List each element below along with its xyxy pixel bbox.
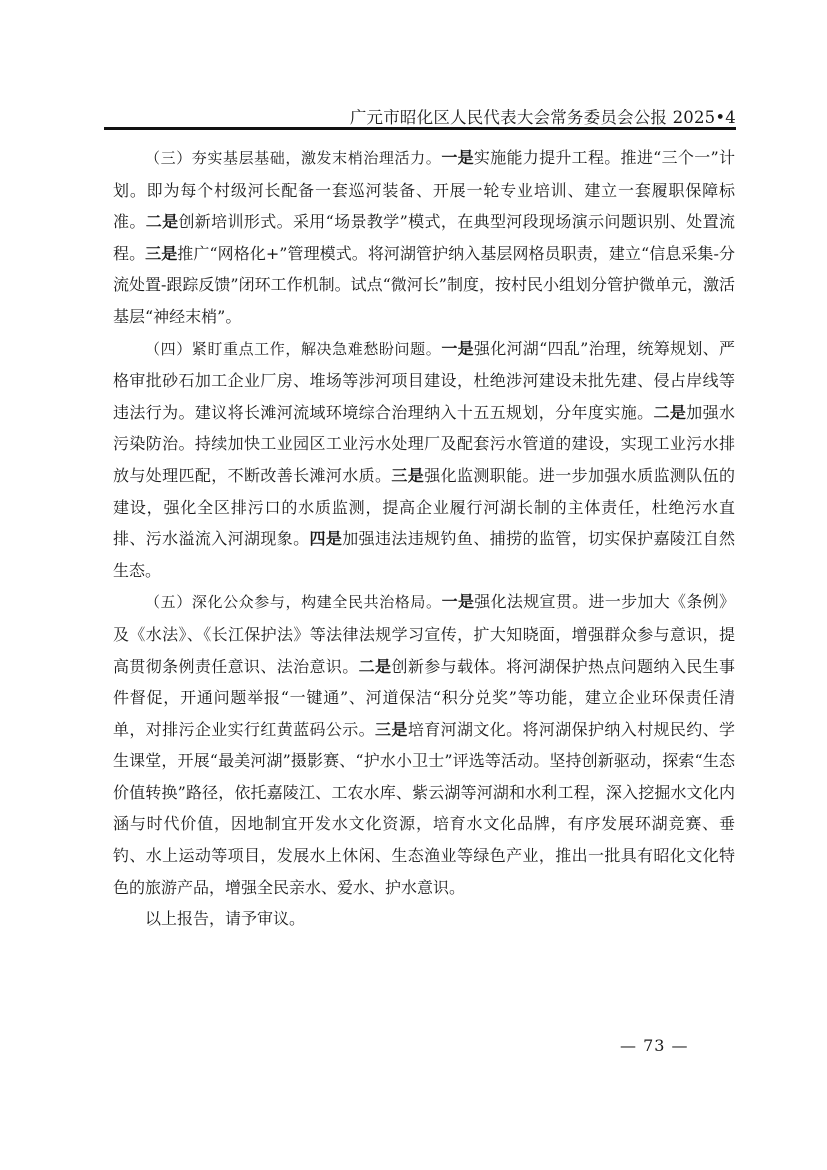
paragraph-text: 培育河湖文化。将河湖保护纳入村规民约、学生课堂，开展“最美河湖”摄影赛、“护水小…: [113, 720, 735, 897]
page-number: — 73 —: [620, 1036, 689, 1055]
paragraph-section-4: （四）紧盯重点工作，解决急难愁盼问题。一是强化河湖“四乱”治理，统筹规划、严格审…: [113, 333, 735, 587]
ordinal-marker: 一是: [442, 592, 475, 611]
ordinal-marker: 一是: [441, 339, 474, 358]
ordinal-marker: 二是: [653, 403, 686, 422]
document-body: （三）夯实基层基础，激发末梢治理活力。一是实施能力提升工程。推进“三个一”计划。…: [113, 142, 735, 935]
ordinal-marker: 三是: [375, 720, 408, 739]
ordinal-marker: 四是: [310, 529, 343, 548]
section-heading: （四）紧盯重点工作，解决急难愁盼问题。: [145, 340, 441, 358]
closing-paragraph: 以上报告，请予审议。: [113, 903, 735, 935]
ordinal-marker: 三是: [145, 244, 177, 263]
ordinal-marker: 三是: [391, 466, 424, 485]
section-heading: （五）深化公众参与，构建全民共治格局。: [145, 593, 442, 611]
bulletin-header-title: 广元市昭化区人民代表大会常务委员会公报 2025•4: [104, 104, 736, 128]
paragraph-text: 推广“网格化+”管理模式。将河湖管护纳入基层网格员职责，建立“信息采集-分流处置…: [113, 244, 735, 326]
paragraph-section-3: （三）夯实基层基础，激发末梢治理活力。一是实施能力提升工程。推进“三个一”计划。…: [113, 142, 735, 333]
closing-text: 以上报告，请予审议。: [145, 909, 305, 928]
paragraph-section-5: （五）深化公众参与，构建全民共治格局。一是强化法规宣贯。进一步加大《条例》及《水…: [113, 586, 735, 903]
ordinal-marker: 一是: [441, 148, 474, 167]
ordinal-marker: 二是: [146, 212, 179, 231]
section-heading: （三）夯实基层基础，激发末梢治理活力。: [145, 149, 441, 167]
ordinal-marker: 二是: [359, 657, 392, 676]
header-rule: [104, 127, 736, 130]
